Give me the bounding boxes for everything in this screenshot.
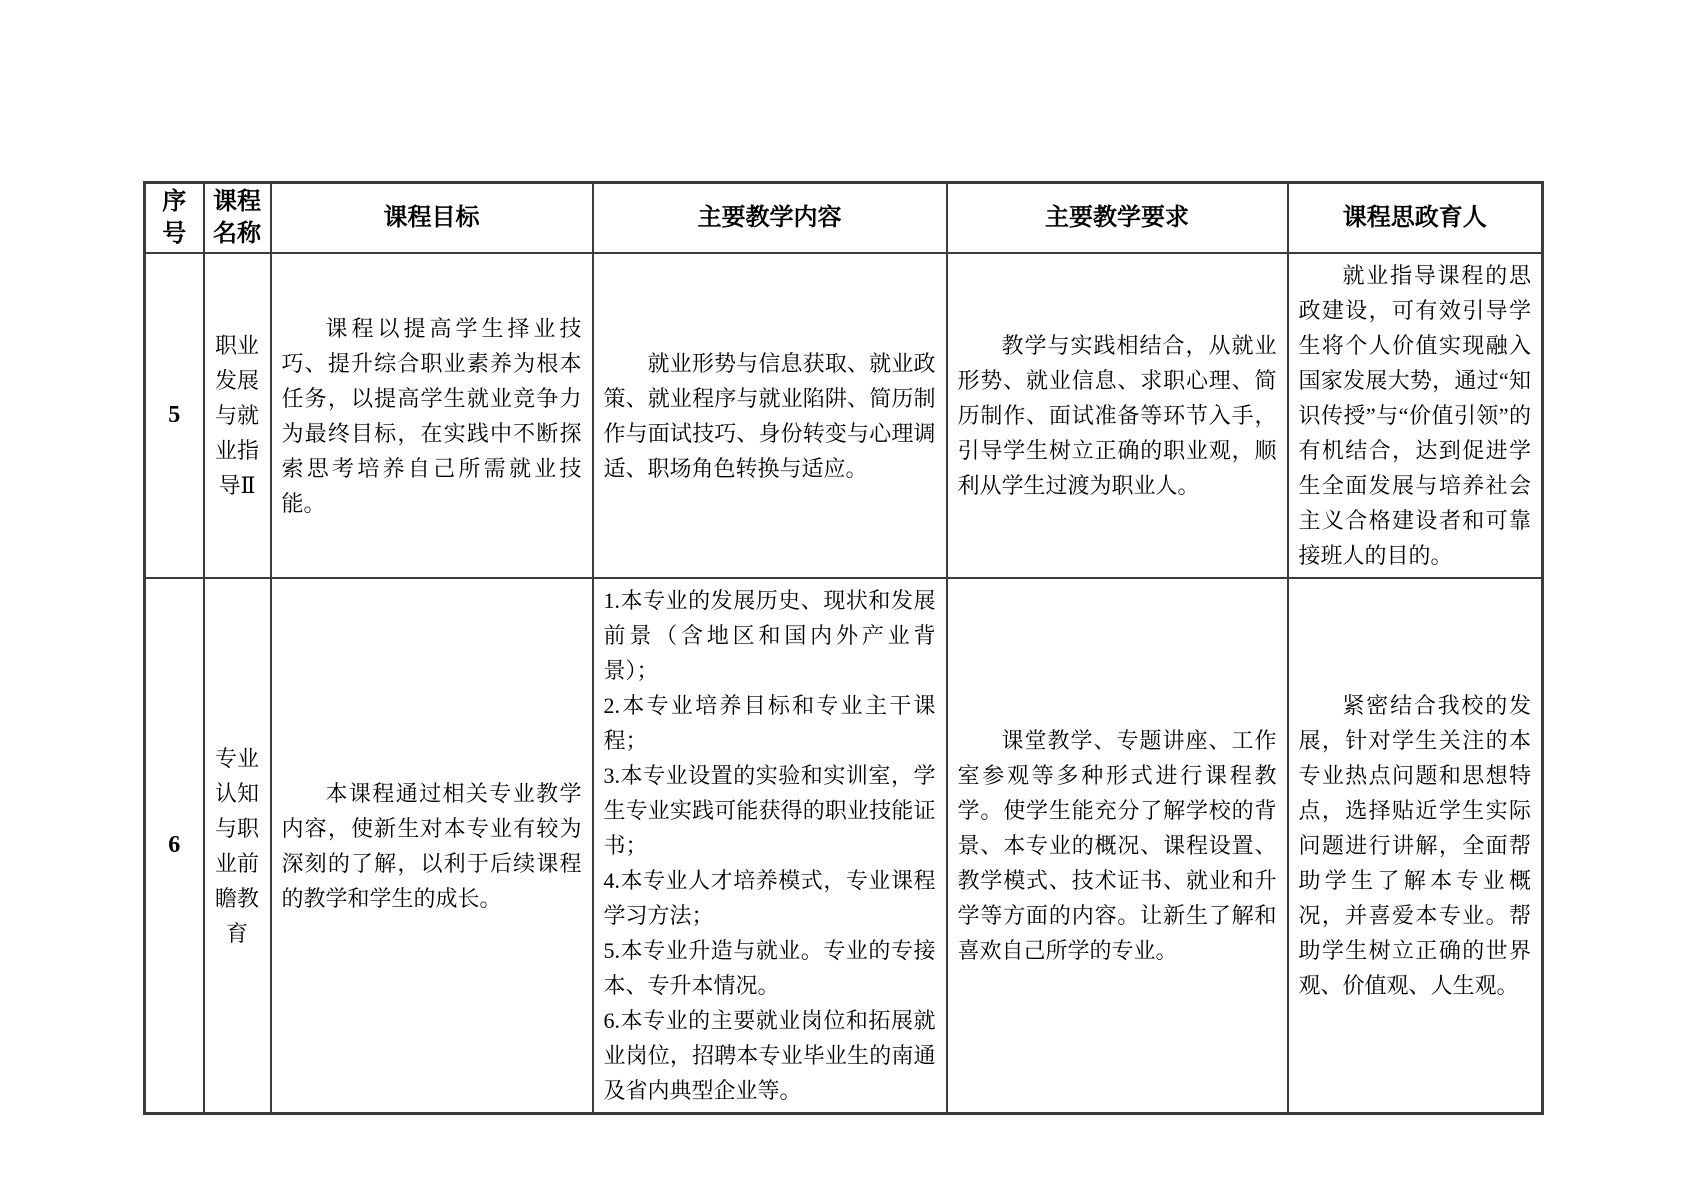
- cell-requirement-row5: 教学与实践相结合，从就业形势、就业信息、求职心理、简历制作、面试准备等环节入手，…: [947, 253, 1288, 578]
- col-header-requirement: 主要教学要求: [947, 183, 1288, 254]
- cell-ideology-row6: 紧密结合我校的发展，针对学生关注的本专业热点问题和思想特点，选择贴近学生实际问题…: [1288, 578, 1543, 1114]
- header-row: 序号 课程名称 课程目标 主要教学内容 主要教学要求 课程思政育人: [145, 183, 1543, 254]
- col-header-content: 主要教学内容: [593, 183, 947, 254]
- cell-requirement-row6: 课堂教学、专题讲座、工作室参观等多种形式进行课程教学。使学生能充分了解学校的背景…: [947, 578, 1288, 1114]
- goal-paragraph-row5: 课程以提高学生择业技巧、提升综合职业素养为根本任务，以提高学生就业竞争力为最终目…: [282, 311, 582, 521]
- content-item-2-row6: 2.本专业培养目标和专业主干课程；: [604, 688, 936, 758]
- content-item-3-row6: 3.本专业设置的实验和实训室，学生专业实践可能获得的职业技能证书；: [604, 758, 936, 863]
- ideology-paragraph-row6: 紧密结合我校的发展，针对学生关注的本专业热点问题和思想特点，选择贴近学生实际问题…: [1299, 688, 1532, 1003]
- cell-goal-row5: 课程以提高学生择业技巧、提升综合职业素养为根本任务，以提高学生就业竞争力为最终目…: [271, 253, 593, 578]
- col-header-num: 序号: [145, 183, 204, 254]
- cell-content-row5: 就业形势与信息获取、就业政策、就业程序与就业陷阱、简历制作与面试技巧、身份转变与…: [593, 253, 947, 578]
- cell-content-row6: 1.本专业的发展历史、现状和发展前景（含地区和国内外产业背景）； 2.本专业培养…: [593, 578, 947, 1114]
- requirement-paragraph-row5: 教学与实践相结合，从就业形势、就业信息、求职心理、简历制作、面试准备等环节入手，…: [958, 328, 1277, 503]
- content-item-4-row6: 4.本专业人才培养模式，专业课程学习方法；: [604, 863, 936, 933]
- document-page: 序号 课程名称 课程目标 主要教学内容 主要教学要求 课程思政育人 5 职业发展…: [0, 0, 1684, 1191]
- cell-goal-row6: 本课程通过相关专业教学内容，使新生对本专业有较为深刻的了解，以利于后续课程的教学…: [271, 578, 593, 1114]
- requirement-paragraph-row6: 课堂教学、专题讲座、工作室参观等多种形式进行课程教学。使学生能充分了解学校的背景…: [958, 723, 1277, 968]
- cell-ideology-row5: 就业指导课程的思政建设，可有效引导学生将个人价值实现融入国家发展大势，通过“知识…: [1288, 253, 1543, 578]
- ideology-paragraph-row5: 就业指导课程的思政建设，可有效引导学生将个人价值实现融入国家发展大势，通过“知识…: [1299, 258, 1532, 573]
- cell-num-row6: 6: [145, 578, 204, 1114]
- table-row-6: 6 专业认知与职业前瞻教育 本课程通过相关专业教学内容，使新生对本专业有较为深刻…: [145, 578, 1543, 1114]
- content-paragraph-row5: 就业形势与信息获取、就业政策、就业程序与就业陷阱、简历制作与面试技巧、身份转变与…: [604, 346, 936, 486]
- col-header-ideology: 课程思政育人: [1288, 183, 1543, 254]
- content-item-1-row6: 1.本专业的发展历史、现状和发展前景（含地区和国内外产业背景）；: [604, 583, 936, 688]
- cell-course-name-row5: 职业发展与就业指导Ⅱ: [204, 253, 271, 578]
- content-item-6-row6: 6.本专业的主要就业岗位和拓展就业岗位，招聘本专业毕业生的南通及省内典型企业等。: [604, 1003, 936, 1108]
- cell-num-row5: 5: [145, 253, 204, 578]
- cell-course-name-row6: 专业认知与职业前瞻教育: [204, 578, 271, 1114]
- course-table: 序号 课程名称 课程目标 主要教学内容 主要教学要求 课程思政育人 5 职业发展…: [143, 181, 1544, 1115]
- goal-paragraph-row6: 本课程通过相关专业教学内容，使新生对本专业有较为深刻的了解，以利于后续课程的教学…: [282, 776, 582, 916]
- table-row-5: 5 职业发展与就业指导Ⅱ 课程以提高学生择业技巧、提升综合职业素养为根本任务，以…: [145, 253, 1543, 578]
- col-header-goal: 课程目标: [271, 183, 593, 254]
- col-header-name: 课程名称: [204, 183, 271, 254]
- content-item-5-row6: 5.本专业升造与就业。专业的专接本、专升本情况。: [604, 933, 936, 1003]
